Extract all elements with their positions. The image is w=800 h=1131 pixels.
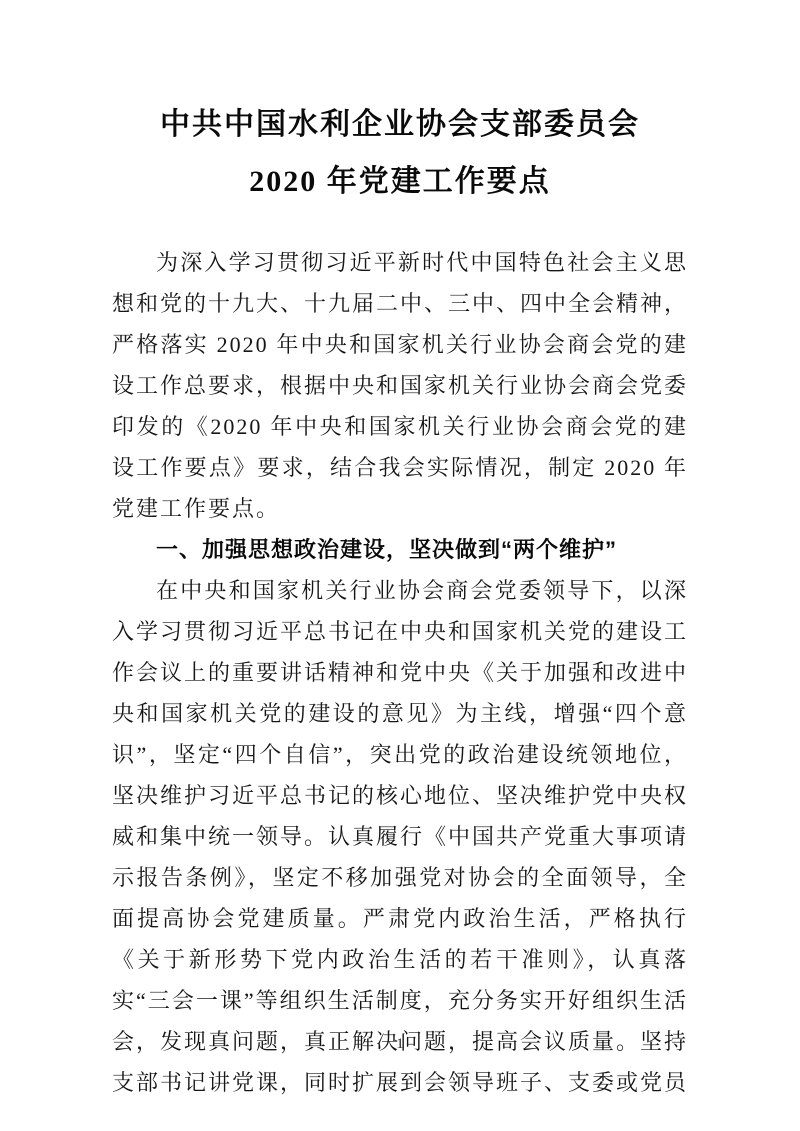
page-footer: 1 xyxy=(0,1036,800,1053)
document-body: 为深入学习贯彻习近平新时代中国特色社会主义思想和党的十九大、十九届二中、三中、四… xyxy=(112,242,688,1103)
document-title: 中共中国水利企业协会支部委员会 2020 年党建工作要点 xyxy=(112,96,688,210)
document-page: 中共中国水利企业协会支部委员会 2020 年党建工作要点 为深入学习贯彻习近平新… xyxy=(0,0,800,1131)
document-title-line2: 2020 年党建工作要点 xyxy=(112,153,688,210)
section-heading-1: 一、加强思想政治建设，坚决做到“两个维护” xyxy=(112,529,688,570)
page-number: 1 xyxy=(396,1036,404,1052)
document-title-line1: 中共中国水利企业协会支部委员会 xyxy=(112,96,688,153)
intro-paragraph: 为深入学习贯彻习近平新时代中国特色社会主义思想和党的十九大、十九届二中、三中、四… xyxy=(112,242,688,529)
section-1-paragraph: 在中央和国家机关行业协会商会党委领导下，以深入学习贯彻习近平总书记在中央和国家机… xyxy=(112,570,688,1103)
